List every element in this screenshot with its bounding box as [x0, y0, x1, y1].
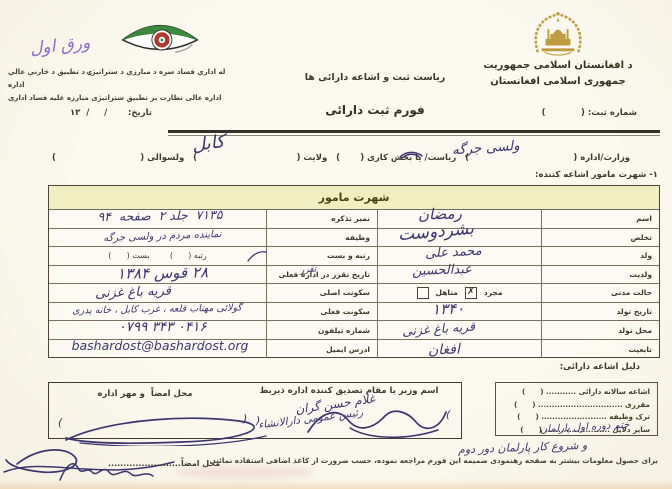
asset-declaration-form-scan: ورق اول له اداري فساد سره د مبارزې د ستر… — [0, 0, 672, 489]
reason-title: دلیل اشاعه دارائی: — [560, 362, 640, 372]
scan-edge-tint — [0, 480, 672, 489]
marital-single-checkbox: ✗ — [465, 287, 477, 299]
oversight-eye-logo — [120, 16, 200, 60]
hw-grandfather: عبدالحسین — [412, 263, 472, 278]
scan-smudge — [175, 466, 315, 479]
hw-email: bashardost@bashardost.org — [55, 340, 265, 353]
marital-married-checkbox — [417, 287, 429, 299]
hw-reason-line2: و شروع کار پارلمان دور دوم — [458, 440, 588, 456]
value-rank-cell: رتبه ( ) بست ( ) — [49, 247, 266, 266]
hw-phone: ۰۷۹۹ ۳۴۳ ۰۴۱۶ — [90, 321, 235, 335]
label-father: ولد — [541, 247, 659, 266]
table-row: ولد رتبه و بست رتبه ( ) بست ( ) — [49, 247, 659, 266]
hw-father: محمد علی — [425, 245, 482, 261]
marital-single-label: مجرد — [484, 288, 503, 297]
label-id-number: نمبر تذکره — [266, 210, 377, 229]
label-rank: رتبه و بست — [266, 247, 377, 266]
label-birth-date: تاریخ تولد — [541, 303, 659, 322]
state-name-pashto: د افغانستان اسلامی جمهوریت — [463, 60, 653, 71]
reason-item-annual: اشاعه سالانه دارائی ........... ( ) — [500, 386, 650, 399]
stamp-heading: محل امضاً و مهر اداره — [70, 389, 220, 399]
footer-instruction: برای حصول معلومات بیشتر به صفحه رهنمودی … — [209, 456, 658, 465]
marital-married-label: متاهل — [436, 288, 458, 297]
oversight-org-line-pashto: له اداري فساد سره د مبارزې د ستراتيژۍ د … — [8, 66, 236, 92]
label-nationality: تابعیت — [541, 340, 659, 359]
oversight-org-line-dari: اداره عالی نظارت بر تطبیق ستراتیژی مبارز… — [8, 92, 236, 105]
hw-appointment-date: ۲۸ قوس ۱۳۸۴ — [85, 265, 240, 283]
label-surname: تخلص — [541, 229, 659, 248]
label-residence-current: سکونت فعلی — [266, 303, 377, 322]
hw-appointment-word: تقرر — [300, 265, 317, 275]
registration-number: شماره ثبت: ( ) — [492, 108, 637, 118]
label-phone: شماره تیلفون — [266, 321, 377, 340]
hw-birth-year: ۱۳۴۰ — [432, 301, 465, 317]
ink-scribble-department — [398, 149, 424, 161]
divider-rule-thin — [168, 135, 660, 136]
section1-title: ۱- شهرت مامور اشاعه کننده: — [535, 170, 658, 180]
label-appointment-date: تاریخ تقرر در ادارهٔ فعلی — [266, 266, 377, 285]
table-header: شهرت مامور — [49, 186, 659, 210]
directorate-title: ریاست ثبت و اشاعه دارائی ها — [280, 72, 470, 83]
handwritten-page-note: ورق اول — [29, 35, 91, 58]
hw-residence-original: قریه باغ غزنی — [95, 285, 171, 301]
district-closing-paren: ) — [52, 153, 56, 163]
label-name: اسم — [541, 210, 659, 229]
province-label: ) ولایت ( — [297, 153, 340, 163]
label-grandfather: ولدیت — [541, 266, 659, 285]
label-job: وظیفه — [266, 229, 377, 248]
reason-item-appointment: مقرری ............................... ( … — [500, 399, 650, 412]
label-birth-place: محل تولد — [541, 321, 659, 340]
state-name-dari: جمهوری اسلامی افغانستان — [463, 76, 653, 87]
ink-scribble-rank — [246, 249, 268, 263]
afghanistan-national-emblem — [529, 10, 587, 58]
date-line: تاریخ: / / ۱۳ — [24, 108, 152, 118]
label-marital-status: حالت مدنی — [541, 284, 659, 303]
label-email: ادرس ایمیل — [266, 340, 377, 359]
hw-nationality: افغان — [428, 342, 460, 357]
ministry-label: وزارت/اداره ( — [573, 153, 630, 163]
divider-rule — [168, 130, 660, 133]
label-residence-original: سکونت اصلی — [266, 284, 377, 303]
district-label: ) ولسوالی ( — [140, 153, 197, 163]
approver-signature — [300, 400, 450, 440]
hw-province-value: کابل — [191, 133, 226, 155]
form-title: فورم ثبت دارائی — [295, 103, 455, 117]
